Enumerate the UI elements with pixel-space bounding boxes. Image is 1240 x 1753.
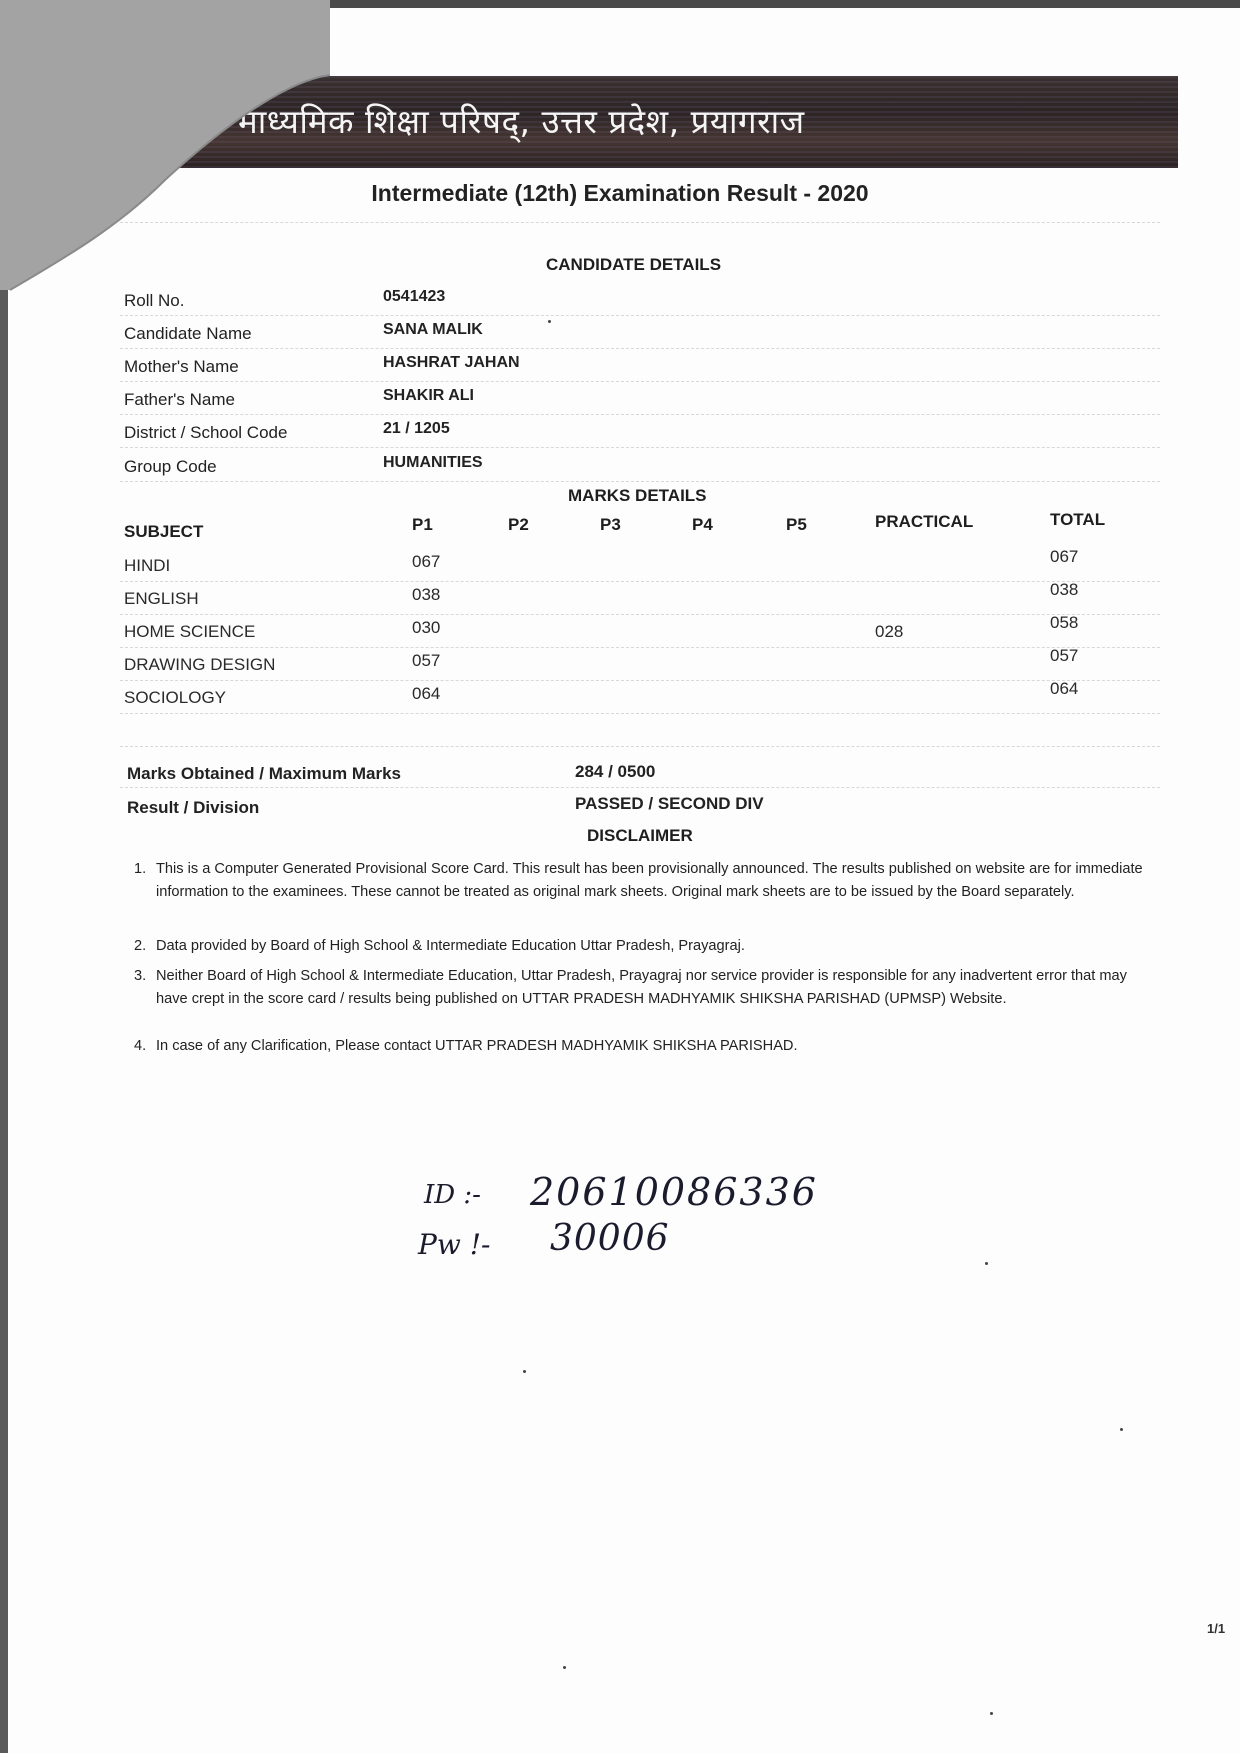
candidate-field-value: HUMANITIES <box>383 454 483 472</box>
disclaimer-number: 1. <box>134 858 146 881</box>
column-header-p4: P4 <box>692 515 713 535</box>
divider <box>120 746 1160 747</box>
disclaimer-text: Neither Board of High School & Intermedi… <box>156 965 1156 1011</box>
candidate-field-value: SANA MALIK <box>383 321 483 339</box>
divider <box>120 713 1160 714</box>
column-header-p1: P1 <box>412 515 433 535</box>
scan-speck <box>1120 1428 1123 1431</box>
disclaimer-text: In case of any Clarification, Please con… <box>156 1035 1156 1058</box>
divider <box>120 447 1160 448</box>
marks-details-heading: MARKS DETAILS <box>568 486 707 506</box>
cell-total: 058 <box>1050 613 1078 633</box>
candidate-field-value: 21 / 1205 <box>383 420 450 438</box>
divider <box>120 315 1160 316</box>
disclaimer-heading: DISCLAIMER <box>587 826 693 846</box>
scan-speck <box>990 1712 993 1715</box>
scanner-edge-top <box>0 0 1240 8</box>
cell-subject: ENGLISH <box>124 589 199 609</box>
divider <box>120 348 1160 349</box>
cell-total: 038 <box>1050 580 1078 600</box>
disclaimer-item: 4.In case of any Clarification, Please c… <box>134 1035 1154 1058</box>
cell-total: 067 <box>1050 547 1078 567</box>
page-number: 1/1 <box>1207 1621 1225 1636</box>
marks-obtained-value: 284 / 0500 <box>575 762 655 782</box>
divider <box>120 381 1160 382</box>
handwritten-id-label: ID :- <box>424 1180 481 1210</box>
cell-subject: HOME SCIENCE <box>124 622 255 642</box>
column-header-total: TOTAL <box>1050 510 1105 530</box>
candidate-details-heading: CANDIDATE DETAILS <box>546 255 721 275</box>
cell-total: 057 <box>1050 646 1078 666</box>
cell-p1: 038 <box>412 585 440 605</box>
divider <box>120 787 1160 788</box>
disclaimer-number: 4. <box>134 1035 146 1058</box>
divider <box>120 581 1160 582</box>
cell-subject: SOCIOLOGY <box>124 688 226 708</box>
candidate-field-label: Roll No. <box>124 291 184 311</box>
handwritten-pw-label: Pw !- <box>418 1228 490 1261</box>
cell-p1: 057 <box>412 651 440 671</box>
candidate-field-label: Group Code <box>124 457 217 477</box>
divider <box>120 680 1160 681</box>
scan-speck <box>563 1666 566 1669</box>
cell-total: 064 <box>1050 679 1078 699</box>
divider <box>120 481 1160 482</box>
cell-subject: DRAWING DESIGN <box>124 655 275 675</box>
column-header-p3: P3 <box>600 515 621 535</box>
disclaimer-number: 2. <box>134 935 146 958</box>
result-division-label: Result / Division <box>127 798 259 818</box>
scan-speck <box>523 1370 526 1373</box>
board-title-hindi: माध्यमिक शिक्षा परिषद्, उत्तर प्रदेश, प्… <box>238 98 805 143</box>
column-header-subject: SUBJECT <box>124 522 203 542</box>
candidate-field-value: 0541423 <box>383 288 445 306</box>
divider <box>120 222 1160 223</box>
scan-speck <box>985 1262 988 1265</box>
board-header-banner: माध्यमिक शिक्षा परिषद्, उत्तर प्रदेश, प्… <box>160 76 1178 168</box>
column-header-p5: P5 <box>786 515 807 535</box>
cell-p1: 067 <box>412 552 440 572</box>
candidate-field-value: HASHRAT JAHAN <box>383 354 520 372</box>
handwritten-id-value: 20610086336 <box>530 1170 818 1214</box>
disclaimer-item: 1.This is a Computer Generated Provision… <box>134 858 1154 927</box>
divider <box>120 647 1160 648</box>
column-header-p2: P2 <box>508 515 529 535</box>
scanner-edge-left <box>0 0 8 1753</box>
divider <box>120 414 1160 415</box>
scan-speck <box>548 320 551 323</box>
column-header-practical: PRACTICAL <box>875 512 973 532</box>
divider <box>120 614 1160 615</box>
disclaimer-item: 2.Data provided by Board of High School … <box>134 935 1154 958</box>
cell-practical: 028 <box>875 622 903 642</box>
candidate-field-label: District / School Code <box>124 423 287 443</box>
handwritten-pw-value: 30006 <box>550 1218 670 1259</box>
candidate-field-label: Candidate Name <box>124 324 252 344</box>
marks-obtained-label: Marks Obtained / Maximum Marks <box>127 764 401 784</box>
disclaimer-item: 3.Neither Board of High School & Interme… <box>134 965 1154 1034</box>
cell-subject: HINDI <box>124 556 170 576</box>
exam-title: Intermediate (12th) Examination Result -… <box>0 180 1240 207</box>
disclaimer-text: This is a Computer Generated Provisional… <box>156 858 1156 904</box>
disclaimer-text: Data provided by Board of High School & … <box>156 935 1156 958</box>
disclaimer-number: 3. <box>134 965 146 988</box>
result-division-value: PASSED / SECOND DIV <box>575 794 764 814</box>
cell-p1: 064 <box>412 684 440 704</box>
candidate-field-label: Father's Name <box>124 390 235 410</box>
candidate-field-value: SHAKIR ALI <box>383 387 474 405</box>
cell-p1: 030 <box>412 618 440 638</box>
candidate-field-label: Mother's Name <box>124 357 239 377</box>
